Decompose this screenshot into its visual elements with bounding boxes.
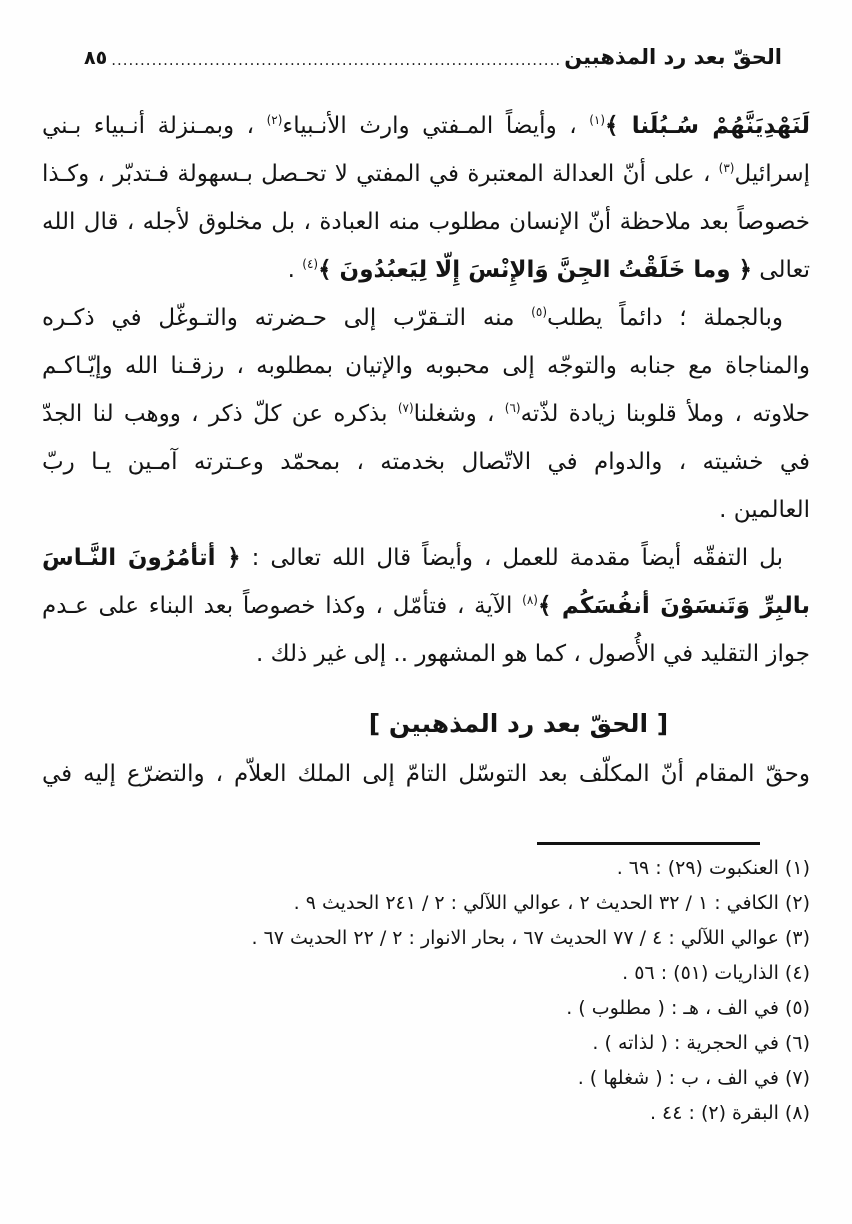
footnote-marker: (٤) — [302, 257, 318, 271]
text-line: بالبِرِّ وَتَنسَوْنَ أنفُسَكُم ﴾(٨) الآي… — [42, 582, 810, 630]
footnote-marker: (٧) — [398, 401, 414, 415]
text-segment: حلاوته ، وملأ قلوبنا زيادة لذّته — [521, 401, 810, 427]
post-heading-text: وحقّ المقام أنّ المكلّف بعد التوسّل التا… — [42, 750, 810, 798]
text-segment: العالمين . — [719, 497, 810, 523]
footnote-item: (٧) في الف ، ب : ( شغلها ) . — [42, 1061, 810, 1096]
text-line: والمناجاة مع جنابه والتوجّه إلى محبوبه و… — [42, 342, 810, 390]
text-segment: إسرائيل — [734, 161, 810, 187]
text-segment: والمناجاة مع جنابه والتوجّه إلى محبوبه و… — [42, 353, 810, 379]
footnote-item: (٣) عوالي اللآلي : ٤ / ٧٧ الحديث ٦٧ ، بح… — [42, 921, 810, 956]
text-segment: في خشيته ، والدوام في الاتّصال بخدمته ، … — [42, 449, 810, 475]
footnote-item: (١) العنكبوت (٢٩) : ٦٩ . — [42, 851, 810, 886]
footnote-item: (٥) في الف ، هـ : ( مطلوب ) . — [42, 991, 810, 1026]
text-line: إسرائيل(٣) ، على أنّ العدالة المعتبرة في… — [42, 150, 810, 198]
text-line: تعالى ﴿ وما خَلَقْتُ الجِنَّ وَالإِنْسَ … — [42, 246, 810, 294]
footnote-marker: (١) — [589, 113, 605, 127]
footnote-marker: (٢) — [267, 113, 283, 127]
text-segment: . — [288, 257, 303, 283]
text-line: حلاوته ، وملأ قلوبنا زيادة لذّته(٦) ، وش… — [42, 390, 810, 438]
section-heading: [ الحقّ بعد رد المذهبين ] — [42, 702, 810, 746]
page-number: ٨٥ — [84, 49, 107, 68]
quran-quote: ﴿ أتأمُرُونَ النَّـاسَ — [42, 545, 241, 571]
text-line: وحقّ المقام أنّ المكلّف بعد التوسّل التا… — [42, 750, 810, 798]
footnotes: (١) العنكبوت (٢٩) : ٦٩ .(٢) الكافي : ١ /… — [42, 851, 810, 1131]
footnote-item: (٦) في الحجرية : ( لذاته ) . — [42, 1026, 810, 1061]
text-segment: ، وبمـنزلة أنـبياء بـني — [42, 113, 267, 139]
footnote-marker: (٣) — [719, 161, 735, 175]
text-line: وبالجملة ؛ دائماً يطلب(٥) منه التـقرّب إ… — [42, 294, 810, 342]
text-line: في خشيته ، والدوام في الاتّصال بخدمته ، … — [42, 438, 810, 486]
text-segment: منه التـقرّب إلى حـضرته والتـوغّل في ذكـ… — [42, 305, 531, 331]
text-segment: ، وأيضاً المـفتي وارث الأنـبياء — [282, 113, 589, 139]
footnote-marker: (٥) — [531, 305, 547, 319]
text-segment: وبالجملة ؛ دائماً يطلب — [547, 305, 783, 331]
footnote-item: (٨) البقرة (٢) : ٤٤ . — [42, 1096, 810, 1131]
text-segment: وحقّ المقام أنّ المكلّف بعد التوسّل التا… — [42, 761, 810, 787]
book-page: الحقّ بعد رد المذهبين ..................… — [0, 0, 852, 1224]
page-header: الحقّ بعد رد المذهبين ..................… — [42, 0, 810, 68]
footnote-marker: (٨) — [522, 593, 538, 607]
header-dotted-leader: ........................................… — [111, 52, 560, 69]
text-segment: بل التفقّه أيضاً مقدمة للعمل ، وأيضاً قا… — [241, 545, 783, 571]
text-segment: ، على أنّ العدالة المعتبرة في المفتي لا … — [42, 161, 719, 187]
text-segment: بذكره عن كلّ ذكر ، ووهب لنا الجدّ — [42, 401, 398, 427]
text-line: العالمين . — [42, 486, 810, 534]
footnote-separator — [537, 842, 760, 845]
footnote-item: (٤) الذاريات (٥١) : ٥٦ . — [42, 956, 810, 991]
text-segment: ، وشغلنا — [414, 401, 505, 427]
footnote-marker: (٦) — [505, 401, 521, 415]
text-line: بل التفقّه أيضاً مقدمة للعمل ، وأيضاً قا… — [42, 534, 810, 582]
text-line: لَنَهْدِيَنَّهُمْ سُـبُلَنا ﴾(١) ، وأيضا… — [42, 102, 810, 150]
header-title: الحقّ بعد رد المذهبين — [564, 47, 782, 68]
text-segment: جواز التقليد في الأُصول ، كما هو المشهور… — [256, 641, 810, 667]
quran-quote: بالبِرِّ وَتَنسَوْنَ أنفُسَكُم ﴾ — [538, 593, 810, 619]
text-line: خصوصاً بعد ملاحظة أنّ الإنسان مطلوب منه … — [42, 198, 810, 246]
body-text: لَنَهْدِيَنَّهُمْ سُـبُلَنا ﴾(١) ، وأيضا… — [42, 102, 810, 678]
quran-quote: ﴿ وما خَلَقْتُ الجِنَّ وَالإِنْسَ إِلّا … — [318, 257, 752, 283]
footnote-item: (٢) الكافي : ١ / ٣٢ الحديث ٢ ، عوالي الل… — [42, 886, 810, 921]
text-segment: تعالى — [752, 257, 810, 283]
quran-quote: لَنَهْدِيَنَّهُمْ سُـبُلَنا ﴾ — [605, 113, 810, 139]
text-line: جواز التقليد في الأُصول ، كما هو المشهور… — [42, 630, 810, 678]
text-segment: خصوصاً بعد ملاحظة أنّ الإنسان مطلوب منه … — [42, 209, 810, 235]
text-segment: الآية ، فتأمّل ، وكذا خصوصاً بعد البناء … — [42, 593, 522, 619]
